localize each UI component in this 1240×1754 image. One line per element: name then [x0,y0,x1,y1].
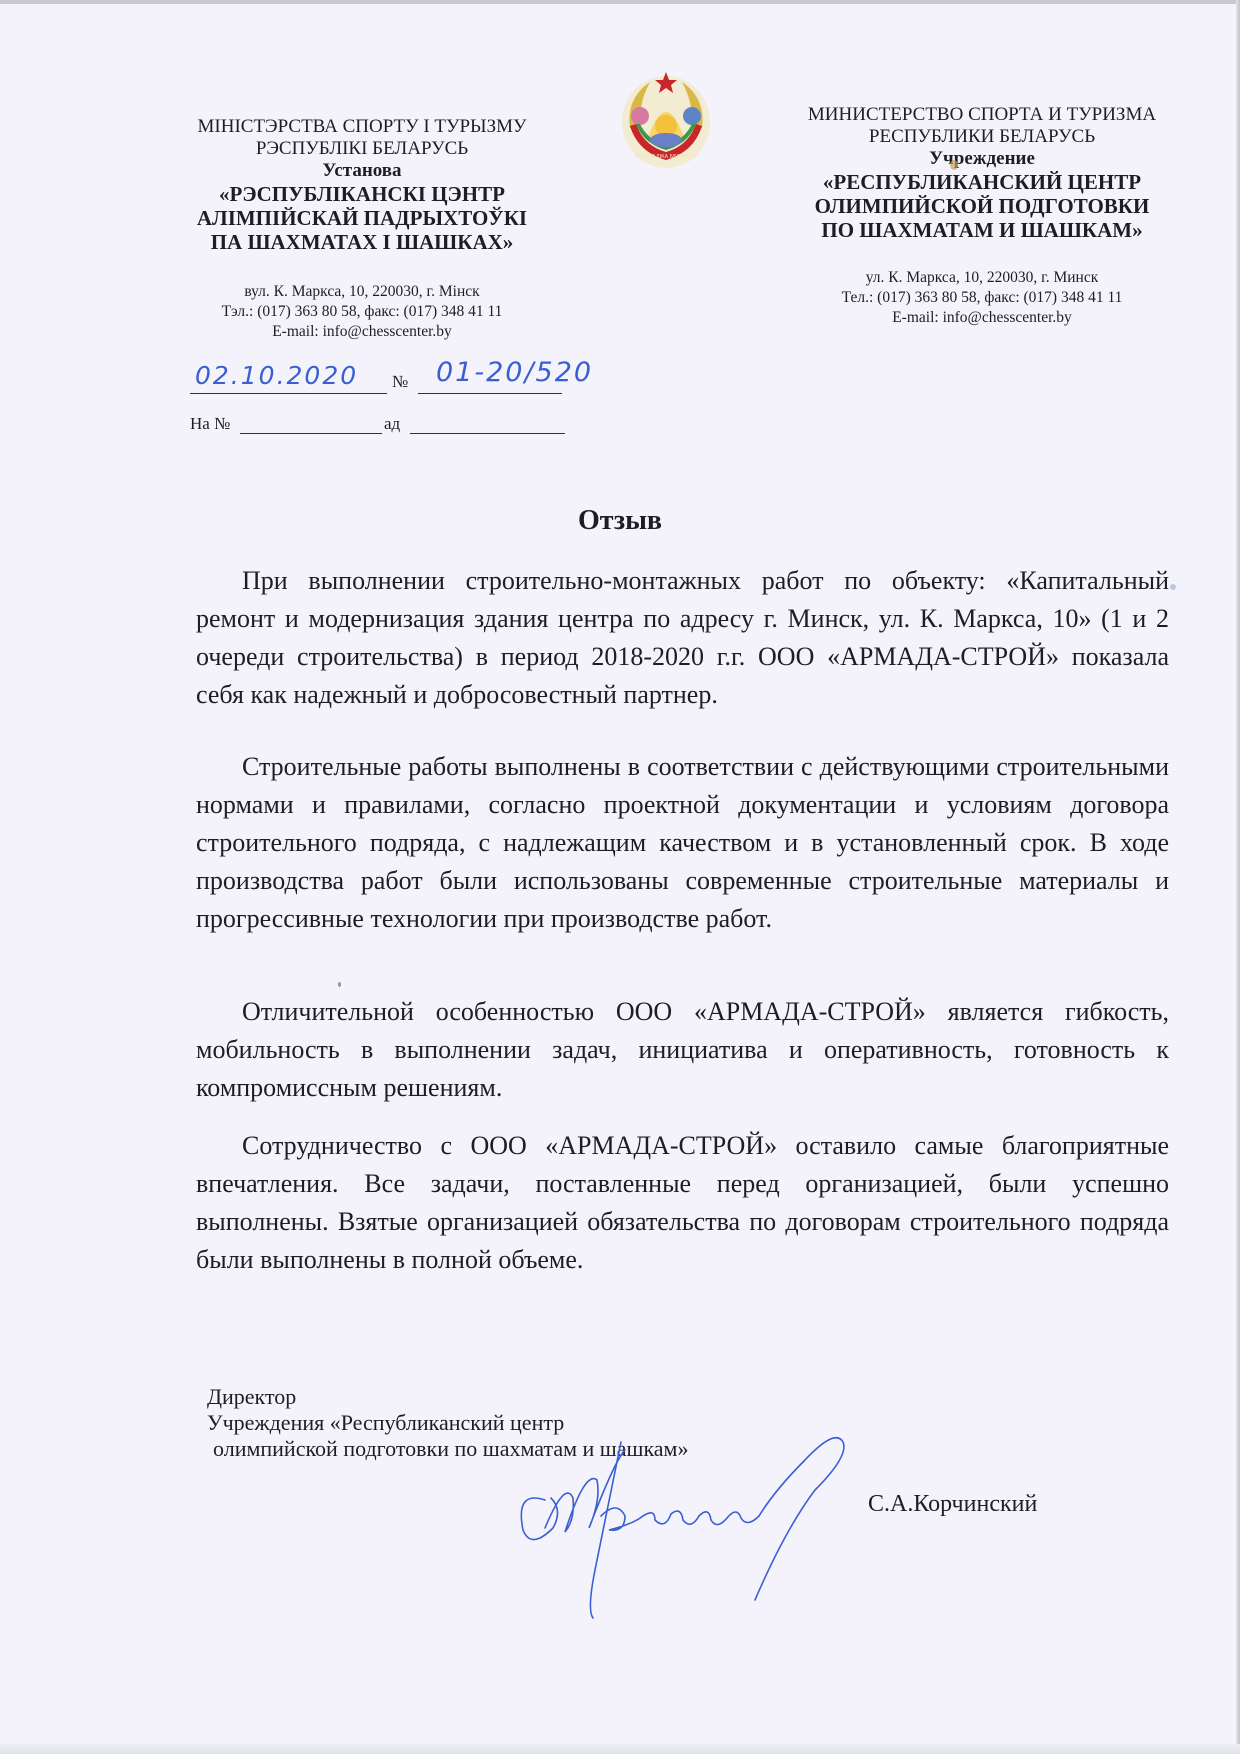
email: E-mail: info@chesscenter.by [782,308,1182,328]
number-underline [418,393,562,394]
email: E-mail: info@chesscenter.by [172,322,552,342]
ministry-line-1: МІНІСТЭРСТВА СПОРТУ І ТУРЫЗМУ [172,116,552,138]
letterhead-russian: МИНИСТЕРСТВО СПОРТА И ТУРИЗМА РЕСПУБЛИКИ… [782,104,1182,328]
paragraph-3: Отличительной особенностью ООО «АРМАДА-С… [196,993,1169,1107]
document-title: Отзыв [0,505,1240,537]
signer-position: Директор [207,1384,688,1410]
scan-speck [1170,584,1176,590]
date-underline [190,393,387,394]
scan-speck [338,982,341,987]
coat-of-arms-icon: РЭСПУБЛІКА БЕЛАРУСЬ [616,68,716,172]
ministry-line-2: РЕСПУБЛИКИ БЕЛАРУСЬ [782,126,1182,148]
org-name-line-1: «РЕСПУБЛИКАНСКИЙ ЦЕНТР [782,170,1182,194]
org-type: Установа [172,160,552,182]
ministry-line-2: РЭСПУБЛІКІ БЕЛАРУСЬ [172,138,552,160]
org-name-line-1: «РЭСПУБЛІКАНСКІ ЦЭНТР [172,182,552,206]
org-name-line-3: ПА ШАХМАТАХ І ШАШКАХ» [172,230,552,254]
from-date-underline [410,433,565,434]
emblem-text: РЭСПУБЛІКА БЕЛАРУСЬ [636,154,697,160]
org-type: Учреждение [782,148,1182,170]
phone: Тэл.: (017) 363 80 58, факс: (017) 348 4… [172,302,552,322]
signer-name: С.А.Корчинский [868,1491,1037,1518]
scan-edge-top [0,0,1240,4]
address: вул. К. Маркса, 10, 220030, г. Мінск [172,282,552,302]
paragraph-4: Сотрудничество с ООО «АРМАДА-СТРОЙ» оста… [196,1127,1169,1279]
reply-number-underline [240,433,382,434]
paragraph-1: При выполнении строительно-монтажных раб… [196,562,1169,714]
reply-to-label: На № [190,414,230,434]
scan-edge-right [1236,0,1240,1754]
outgoing-number: 01-20/520 [436,357,593,388]
phone: Тел.: (017) 363 80 58, факс: (017) 348 4… [782,288,1182,308]
number-label: № [392,372,408,392]
org-name-line-2: АЛІМПІЙСКАЙ ПАДРЫХТОЎКІ [172,206,552,230]
scan-speck [950,160,958,170]
letterhead-belarusian: МІНІСТЭРСТВА СПОРТУ І ТУРЫЗМУ РЭСПУБЛІКІ… [172,116,552,342]
scan-edge-bottom [0,1744,1240,1754]
paragraph-2: Строительные работы выполнены в соответс… [196,748,1169,938]
from-date-label: ад [384,414,400,434]
handwritten-signature [505,1420,985,1620]
ministry-line-1: МИНИСТЕРСТВО СПОРТА И ТУРИЗМА [782,104,1182,126]
address: ул. К. Маркса, 10, 220030, г. Минск [782,268,1182,288]
org-name-line-3: ПО ШАХМАТАМ И ШАШКАМ» [782,218,1182,242]
outgoing-date: 02.10.2020 [195,361,358,390]
org-name-line-2: ОЛИМПИЙСКОЙ ПОДГОТОВКИ [782,194,1182,218]
